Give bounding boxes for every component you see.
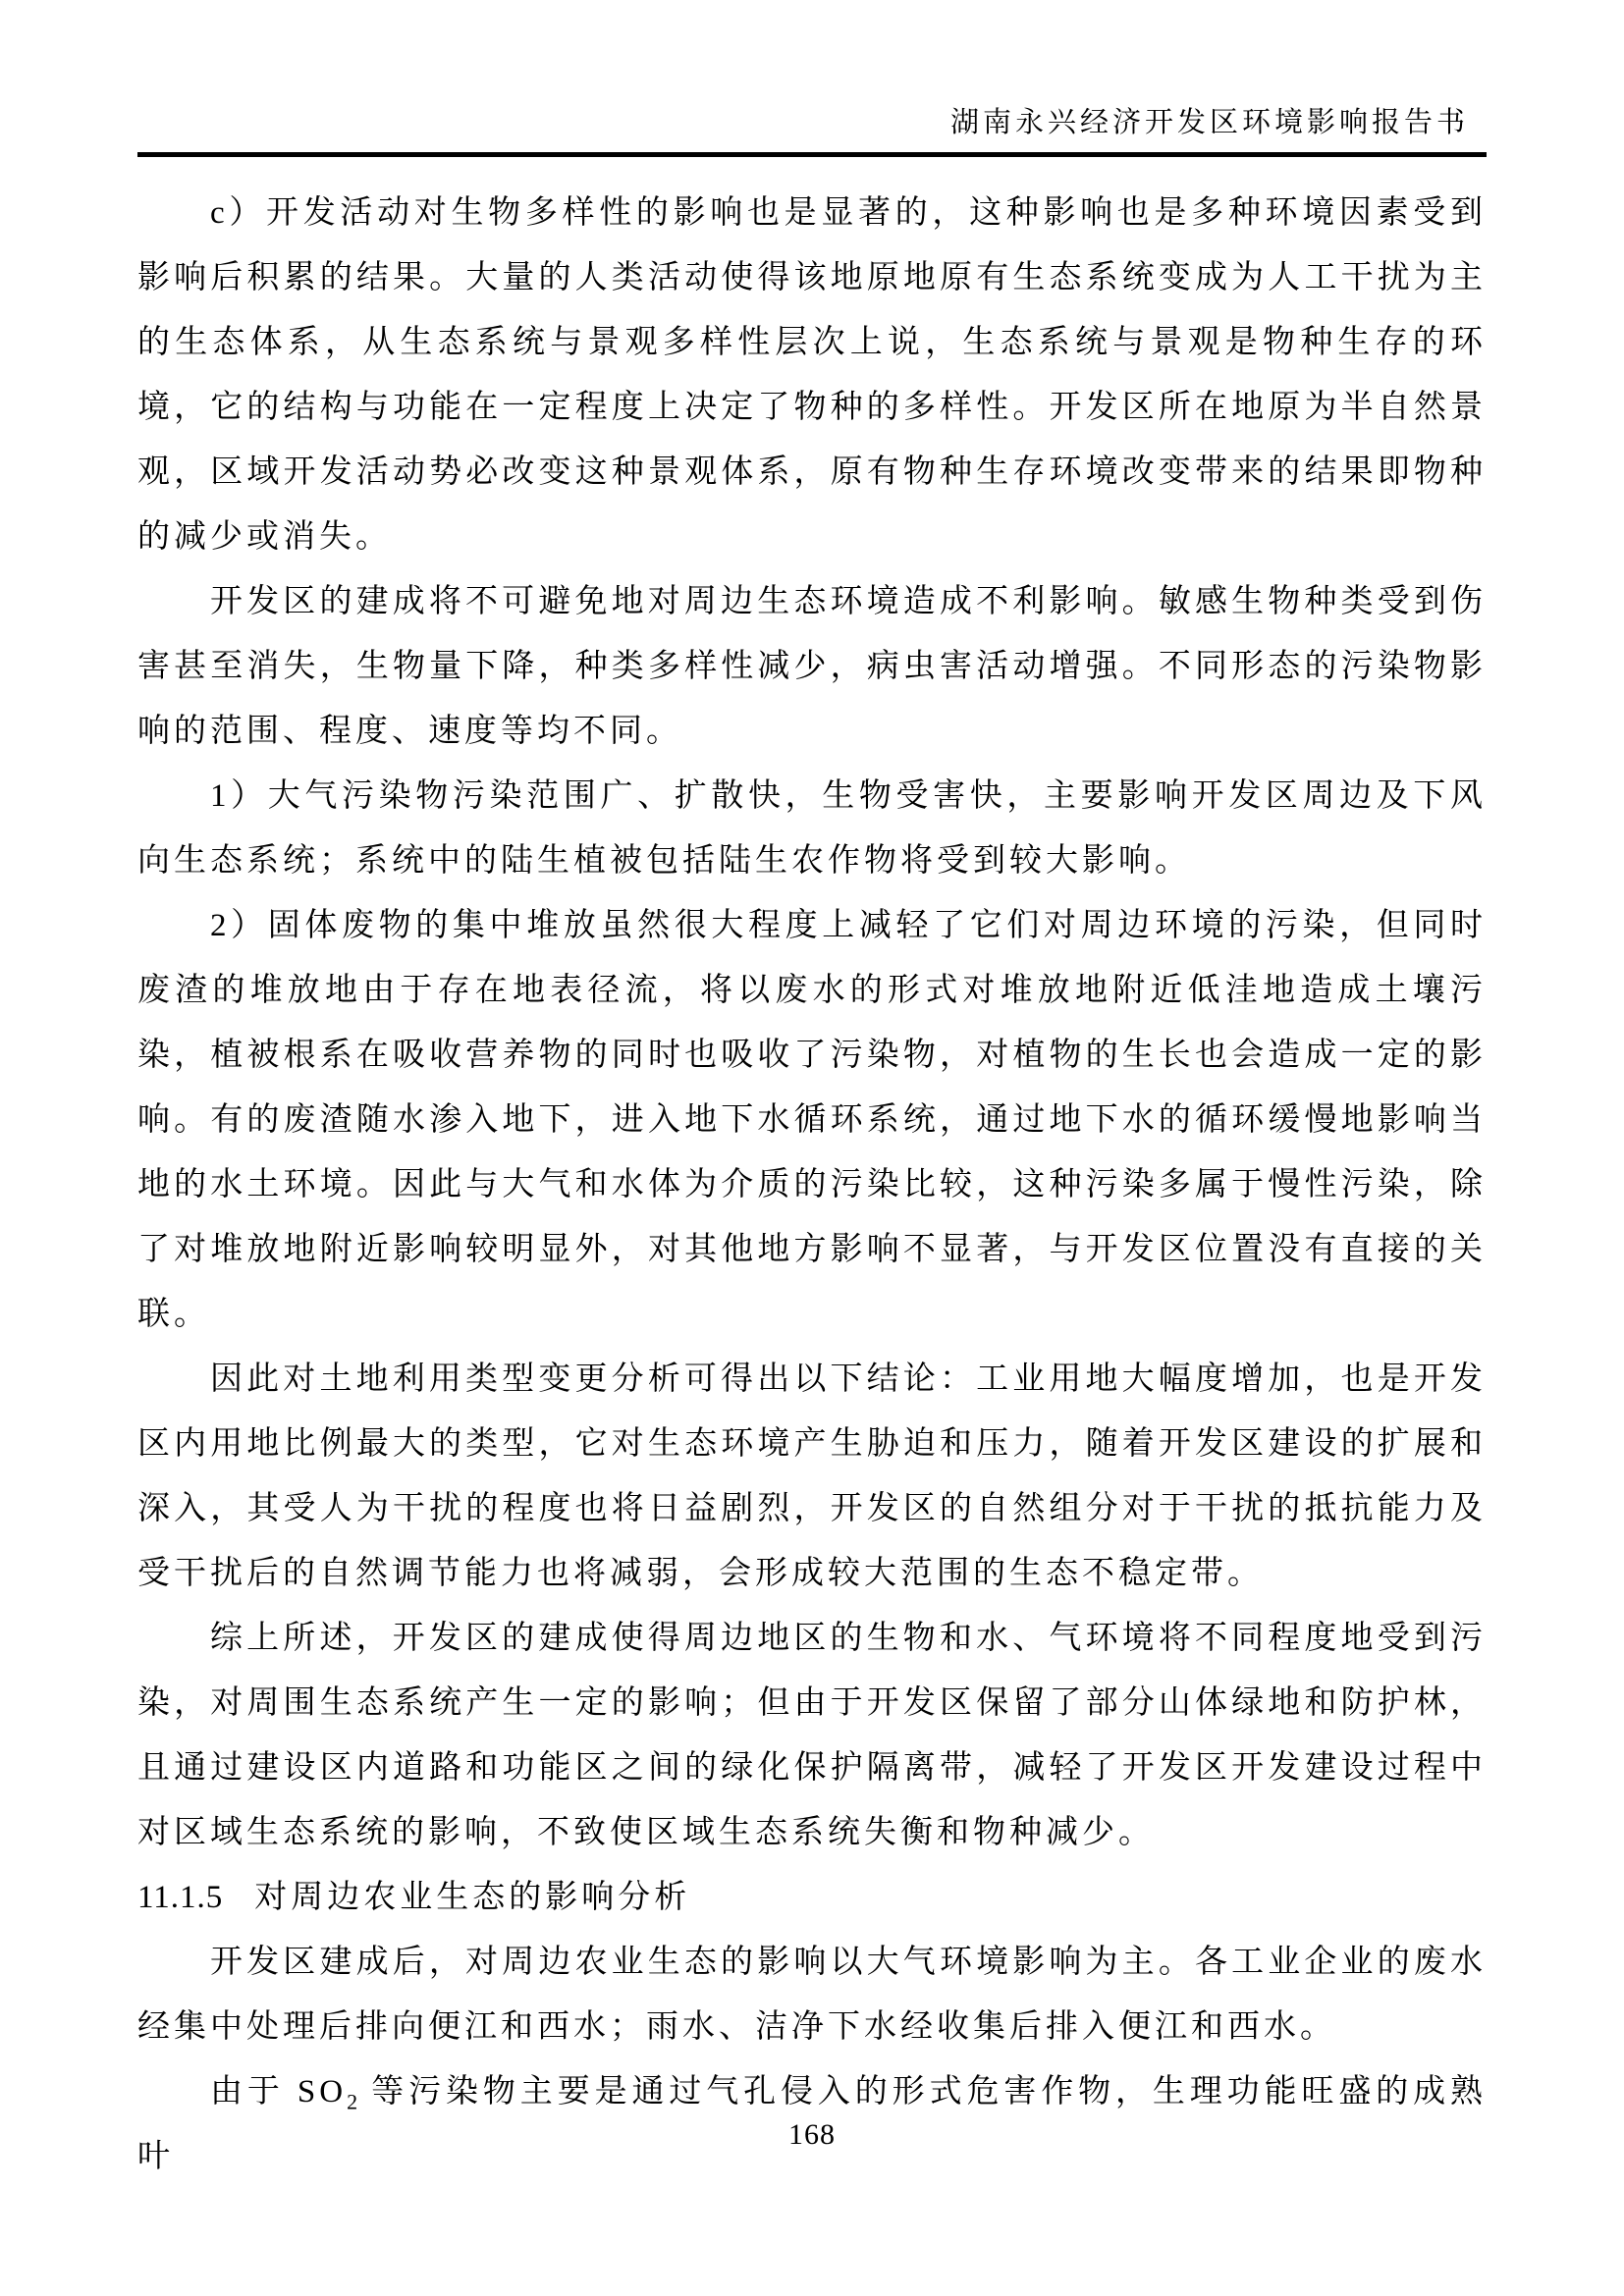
page-body: c）开发活动对生物多样性的影响也是显著的，这种影响也是多种环境因素受到影响后积累… (137, 181, 1487, 2189)
header-title: 湖南永兴经济开发区环境影响报告书 (137, 100, 1487, 140)
section-title: 对周边农业生态的影响分析 (254, 1880, 690, 1915)
paragraph-land-use-conclusion: 因此对土地利用类型变更分析可得出以下结论：工业用地大幅度增加，也是开发区内用地比… (137, 1347, 1487, 1606)
page-number: 168 (788, 2118, 836, 2151)
so2-text-pre: 由于 SO (210, 2074, 347, 2109)
paragraph-adverse-impact: 开发区的建成将不可避免地对周边生态环境造成不利影响。敏感生物种类受到伤害甚至消失… (137, 569, 1487, 764)
section-number: 11.1.5 (137, 1880, 223, 1915)
paragraph-biodiversity-impact: c）开发活动对生物多样性的影响也是显著的，这种影响也是多种环境因素受到影响后积累… (137, 181, 1487, 569)
paragraph-summary: 综上所述，开发区的建成使得周边地区的生物和水、气环境将不同程度地受到污染，对周围… (137, 1606, 1487, 1865)
report-page: 湖南永兴经济开发区环境影响报告书 c）开发活动对生物多样性的影响也是显著的，这种… (0, 0, 1624, 2296)
paragraph-air-pollutants: 1）大气污染物污染范围广、扩散快，生物受害快，主要影响开发区周边及下风向生态系统… (137, 764, 1487, 893)
page-footer: 168 (0, 2118, 1624, 2152)
so2-subscript: 2 (347, 2090, 358, 2114)
paragraph-solid-waste: 2）固体废物的集中堆放虽然很大程度上减轻了它们对周边环境的污染，但同时废渣的堆放… (137, 893, 1487, 1347)
paragraph-agriculture-impact: 开发区建成后，对周边农业生态的影响以大气环境影响为主。各工业企业的废水经集中处理… (137, 1930, 1487, 2059)
page-header: 湖南永兴经济开发区环境影响报告书 (137, 100, 1487, 157)
section-heading-11-1-5: 11.1.5对周边农业生态的影响分析 (137, 1865, 1487, 1930)
